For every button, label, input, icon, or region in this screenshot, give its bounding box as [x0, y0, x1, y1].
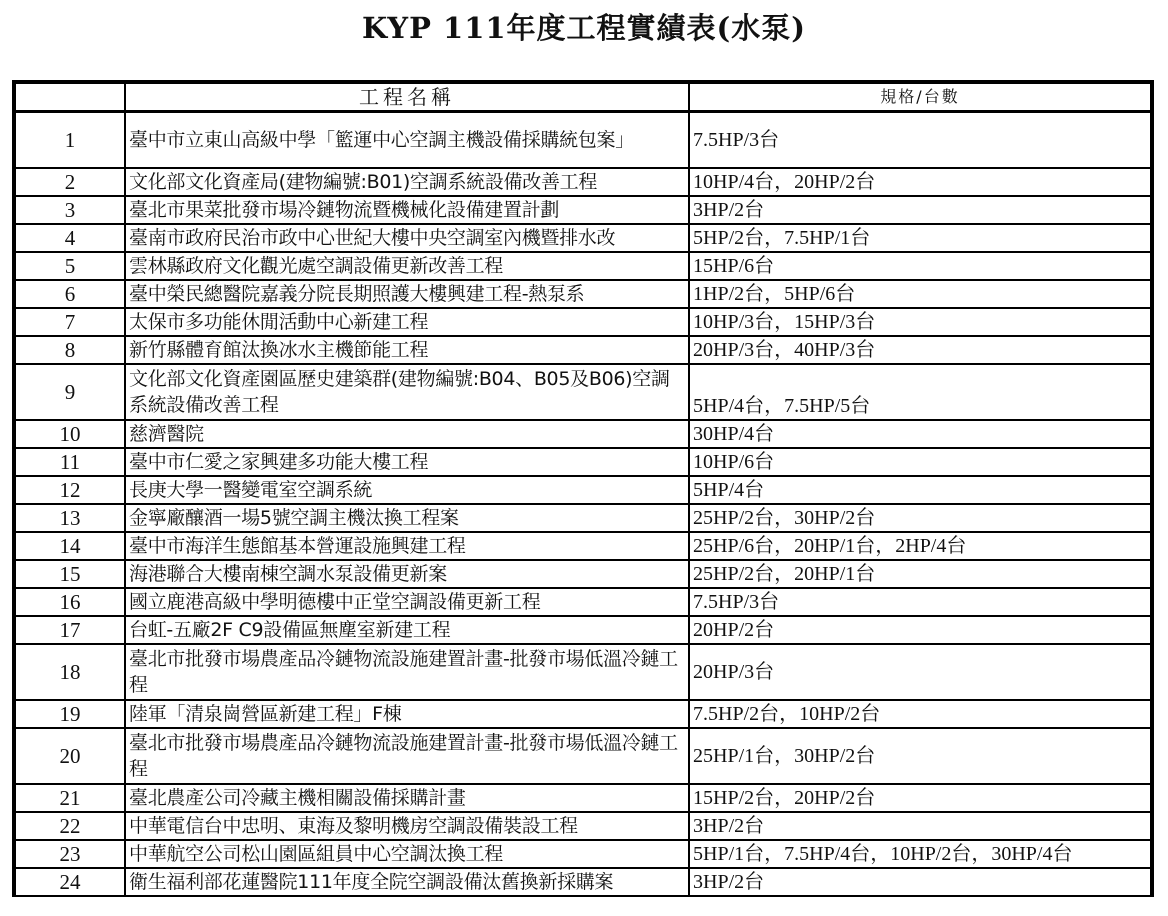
row-number: 5: [14, 252, 125, 280]
spec-quantity: 7.5HP/3台: [689, 588, 1152, 616]
project-name: 臺北市批發市場農產品冷鏈物流設施建置計畫-批發市場低溫冷鏈工程: [125, 728, 689, 784]
project-name: 長庚大學一醫變電室空調系統: [125, 476, 689, 504]
row-number: 14: [14, 532, 125, 560]
project-name: 國立鹿港高級中學明德樓中正堂空調設備更新工程: [125, 588, 689, 616]
project-name: 臺中市立東山高級中學「籃運中心空調主機設備採購統包案」: [125, 112, 689, 168]
spec-quantity: 5HP/4台: [689, 476, 1152, 504]
spec-quantity: 10HP/6台: [689, 448, 1152, 476]
project-name: 台虹-五廠2F C9設備區無塵室新建工程: [125, 616, 689, 644]
row-number: 15: [14, 560, 125, 588]
row-number: 17: [14, 616, 125, 644]
table-row: 4 臺南市政府民治市政中心世紀大樓中央空調室內機暨排水改 5HP/2台，7.5H…: [14, 224, 1152, 252]
project-name: 金寧廠釀酒一場5號空調主機汰換工程案: [125, 504, 689, 532]
table-row: 1 臺中市立東山高級中學「籃運中心空調主機設備採購統包案」 7.5HP/3台: [14, 112, 1152, 168]
spec-quantity: 3HP/2台: [689, 812, 1152, 840]
spec-quantity: 10HP/3台，15HP/3台: [689, 308, 1152, 336]
project-name: 陸軍「清泉崗營區新建工程」F棟: [125, 700, 689, 728]
spec-quantity: 3HP/2台: [689, 868, 1152, 896]
row-number: 24: [14, 868, 125, 896]
table-row: 14 臺中市海洋生態館基本營運設施興建工程 25HP/6台，20HP/1台，2H…: [14, 532, 1152, 560]
spec-quantity: 7.5HP/2台，10HP/2台: [689, 700, 1152, 728]
table-row: 19 陸軍「清泉崗營區新建工程」F棟 7.5HP/2台，10HP/2台: [14, 700, 1152, 728]
row-number: 2: [14, 168, 125, 196]
spec-quantity: 3HP/2台: [689, 196, 1152, 224]
row-number: 20: [14, 728, 125, 784]
project-name: 慈濟醫院: [125, 420, 689, 448]
row-number: 13: [14, 504, 125, 532]
row-number: 18: [14, 644, 125, 700]
table-row: 21 臺北農產公司冷藏主機相關設備採購計畫 15HP/2台，20HP/2台: [14, 784, 1152, 812]
project-name: 臺中市海洋生態館基本營運設施興建工程: [125, 532, 689, 560]
row-number: 23: [14, 840, 125, 868]
spec-quantity: 20HP/2台: [689, 616, 1152, 644]
table-row: 3 臺北市果菜批發市場冷鏈物流暨機械化設備建置計劃 3HP/2台: [14, 196, 1152, 224]
row-number: 11: [14, 448, 125, 476]
row-number: 10: [14, 420, 125, 448]
project-name: 雲林縣政府文化觀光處空調設備更新改善工程: [125, 252, 689, 280]
project-name: 海港聯合大樓南棟空調水泵設備更新案: [125, 560, 689, 588]
row-number: 3: [14, 196, 125, 224]
row-number: 21: [14, 784, 125, 812]
spec-quantity: 25HP/2台，30HP/2台: [689, 504, 1152, 532]
project-name: 中華航空公司松山園區組員中心空調汰換工程: [125, 840, 689, 868]
row-number: 16: [14, 588, 125, 616]
project-name: 新竹縣體育館汰換冰水主機節能工程: [125, 336, 689, 364]
table-row: 17 台虹-五廠2F C9設備區無塵室新建工程 20HP/2台: [14, 616, 1152, 644]
table-row: 24 衛生福利部花蓮醫院111年度全院空調設備汰舊換新採購案 3HP/2台: [14, 868, 1152, 896]
table-row: 5 雲林縣政府文化觀光處空調設備更新改善工程 15HP/6台: [14, 252, 1152, 280]
project-name: 臺北市批發市場農產品冷鏈物流設施建置計畫-批發市場低溫冷鏈工程: [125, 644, 689, 700]
project-name: 臺中榮民總醫院嘉義分院長期照護大樓興建工程-熱泵系: [125, 280, 689, 308]
table-row: 13 金寧廠釀酒一場5號空調主機汰換工程案 25HP/2台，30HP/2台: [14, 504, 1152, 532]
table-row: 16 國立鹿港高級中學明德樓中正堂空調設備更新工程 7.5HP/3台: [14, 588, 1152, 616]
project-name: 文化部文化資產園區歷史建築群(建物編號:B04、B05及B06)空調系統設備改善…: [125, 364, 689, 420]
spec-quantity: 5HP/2台，7.5HP/1台: [689, 224, 1152, 252]
spec-quantity: 25HP/2台，20HP/1台: [689, 560, 1152, 588]
spec-quantity: 25HP/1台，30HP/2台: [689, 728, 1152, 784]
row-number: 12: [14, 476, 125, 504]
row-number: 8: [14, 336, 125, 364]
spec-quantity: 15HP/2台，20HP/2台: [689, 784, 1152, 812]
table-row: 9 文化部文化資產園區歷史建築群(建物編號:B04、B05及B06)空調系統設備…: [14, 364, 1152, 420]
row-number: 1: [14, 112, 125, 168]
table-row: 23 中華航空公司松山園區組員中心空調汰換工程 5HP/1台，7.5HP/4台，…: [14, 840, 1152, 868]
project-performance-table: 工程名稱 規格/台數 1 臺中市立東山高級中學「籃運中心空調主機設備採購統包案」…: [12, 80, 1154, 897]
row-number: 7: [14, 308, 125, 336]
header-no: [14, 82, 125, 112]
header-project-name: 工程名稱: [125, 82, 689, 112]
project-name: 太保市多功能休閒活動中心新建工程: [125, 308, 689, 336]
table-row: 18 臺北市批發市場農產品冷鏈物流設施建置計畫-批發市場低溫冷鏈工程 20HP/…: [14, 644, 1152, 700]
spec-quantity: 7.5HP/3台: [689, 112, 1152, 168]
row-number: 19: [14, 700, 125, 728]
spec-quantity: 10HP/4台，20HP/2台: [689, 168, 1152, 196]
table-row: 8 新竹縣體育館汰換冰水主機節能工程 20HP/3台，40HP/3台: [14, 336, 1152, 364]
table-row: 20 臺北市批發市場農產品冷鏈物流設施建置計畫-批發市場低溫冷鏈工程 25HP/…: [14, 728, 1152, 784]
spec-quantity: 30HP/4台: [689, 420, 1152, 448]
table-row: 22 中華電信台中忠明、東海及黎明機房空調設備裝設工程 3HP/2台: [14, 812, 1152, 840]
table-row: 15 海港聯合大樓南棟空調水泵設備更新案 25HP/2台，20HP/1台: [14, 560, 1152, 588]
spec-quantity: 25HP/6台，20HP/1台，2HP/4台: [689, 532, 1152, 560]
project-name: 文化部文化資產局(建物編號:B01)空調系統設備改善工程: [125, 168, 689, 196]
project-name: 中華電信台中忠明、東海及黎明機房空調設備裝設工程: [125, 812, 689, 840]
table-header-row: 工程名稱 規格/台數: [14, 82, 1152, 112]
project-name: 臺北農產公司冷藏主機相關設備採購計畫: [125, 784, 689, 812]
row-number: 9: [14, 364, 125, 420]
spec-quantity: 15HP/6台: [689, 252, 1152, 280]
table-row: 10 慈濟醫院 30HP/4台: [14, 420, 1152, 448]
table-row: 7 太保市多功能休閒活動中心新建工程 10HP/3台，15HP/3台: [14, 308, 1152, 336]
project-name: 臺北市果菜批發市場冷鏈物流暨機械化設備建置計劃: [125, 196, 689, 224]
table-row: 11 臺中市仁愛之家興建多功能大樓工程 10HP/6台: [14, 448, 1152, 476]
table-row: 12 長庚大學一醫變電室空調系統 5HP/4台: [14, 476, 1152, 504]
project-name: 衛生福利部花蓮醫院111年度全院空調設備汰舊換新採購案: [125, 868, 689, 896]
spec-quantity: 20HP/3台，40HP/3台: [689, 336, 1152, 364]
spec-quantity: 20HP/3台: [689, 644, 1152, 700]
document-title: KYP 111年度工程實績表(水泵): [0, 10, 1168, 46]
project-name: 臺南市政府民治市政中心世紀大樓中央空調室內機暨排水改: [125, 224, 689, 252]
project-name: 臺中市仁愛之家興建多功能大樓工程: [125, 448, 689, 476]
spec-quantity: 5HP/1台，7.5HP/4台，10HP/2台，30HP/4台: [689, 840, 1152, 868]
header-spec-quantity: 規格/台數: [689, 82, 1152, 112]
table-row: 2 文化部文化資產局(建物編號:B01)空調系統設備改善工程 10HP/4台，2…: [14, 168, 1152, 196]
spec-quantity: 1HP/2台，5HP/6台: [689, 280, 1152, 308]
row-number: 4: [14, 224, 125, 252]
row-number: 6: [14, 280, 125, 308]
table-row: 6 臺中榮民總醫院嘉義分院長期照護大樓興建工程-熱泵系 1HP/2台，5HP/6…: [14, 280, 1152, 308]
row-number: 22: [14, 812, 125, 840]
spec-quantity: 5HP/4台，7.5HP/5台: [689, 364, 1152, 420]
